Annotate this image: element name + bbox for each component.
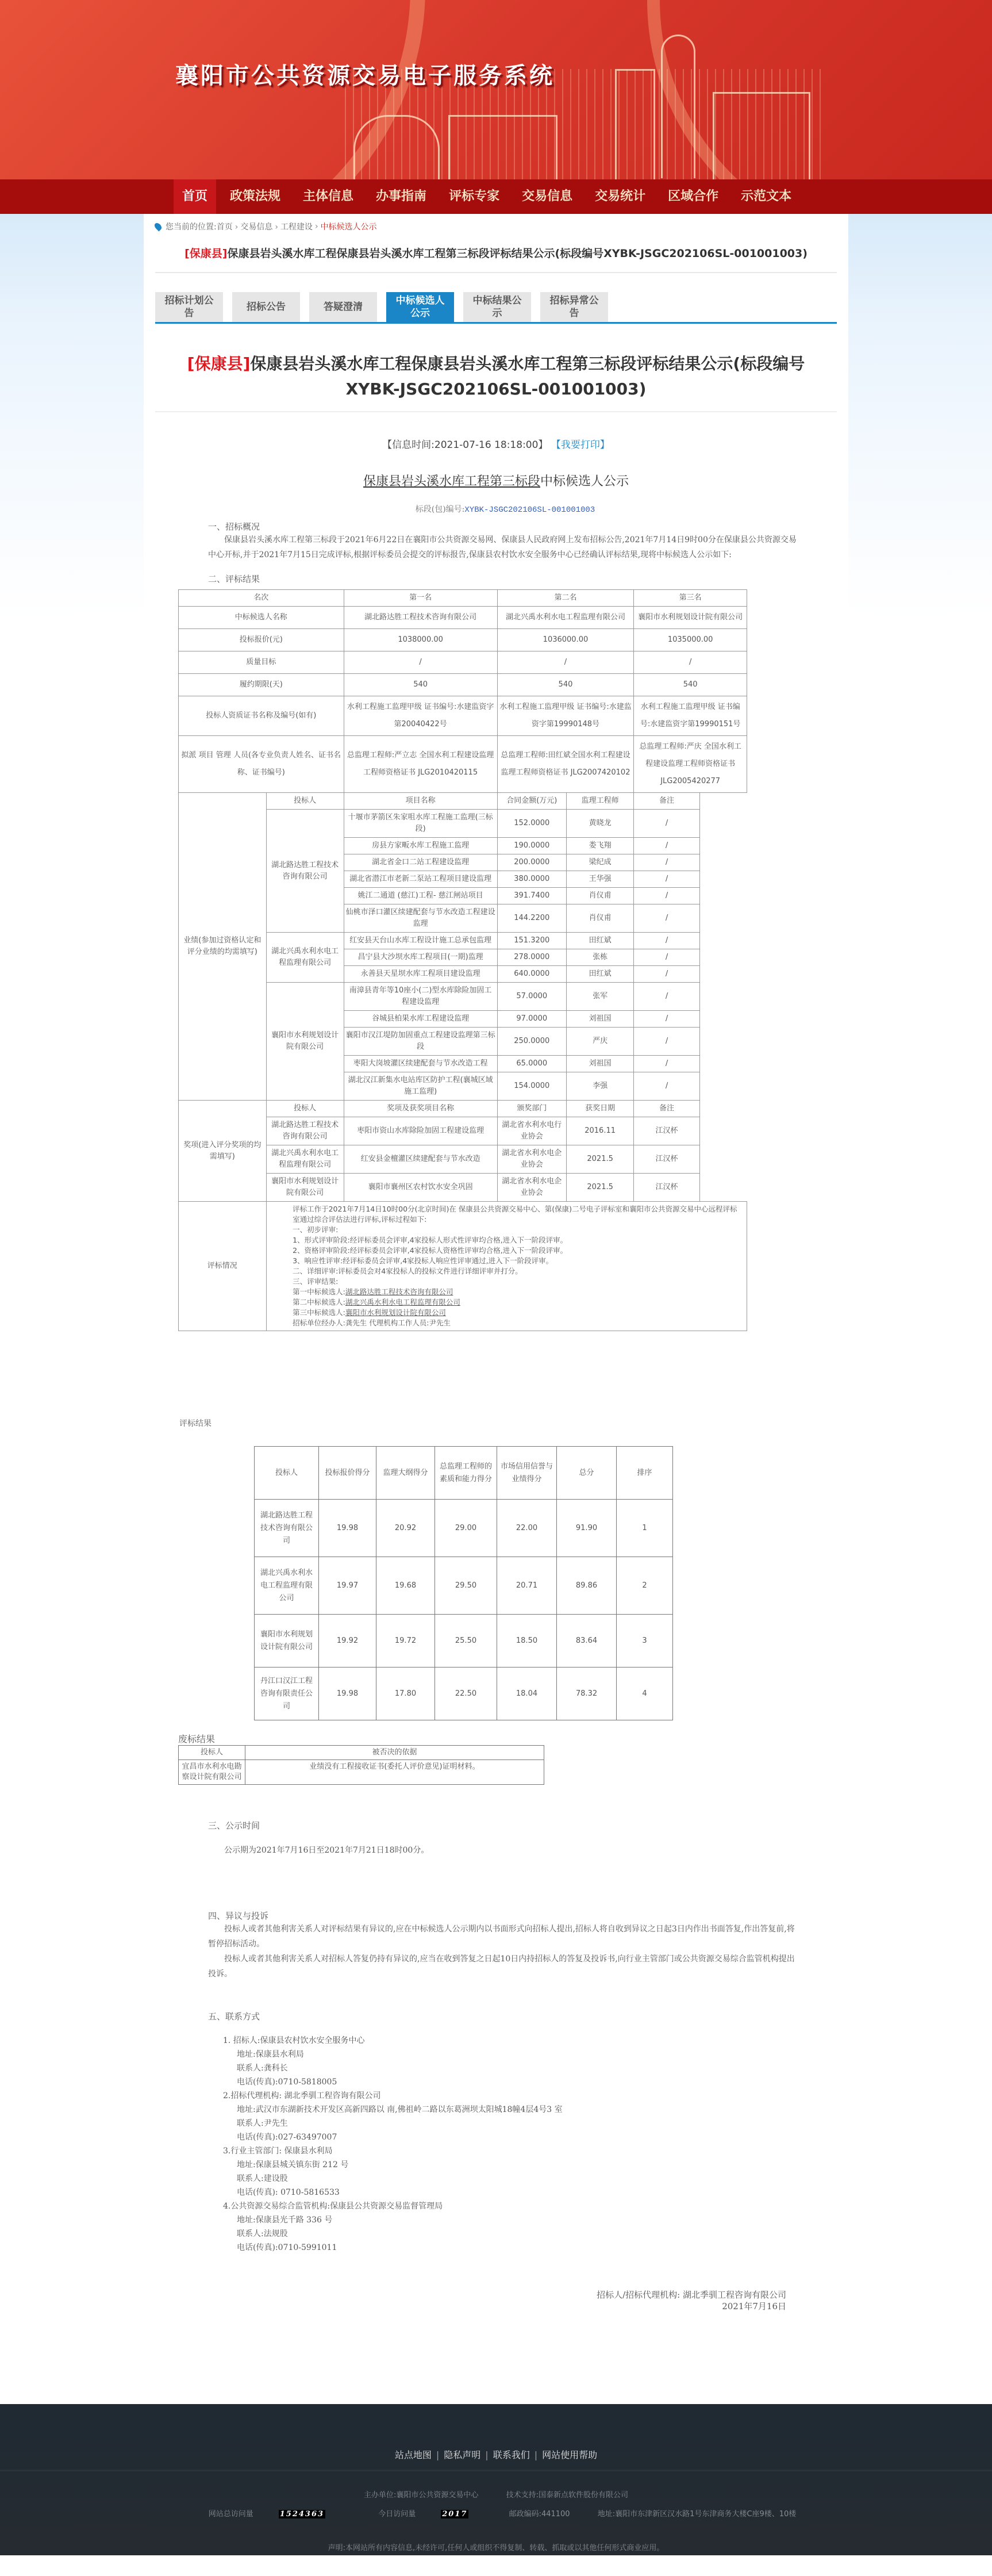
section-heading: 四、异议与投诉 [208, 1910, 802, 1922]
score-cell: 89.86 [557, 1557, 617, 1615]
evaluation-signers: 招标单位经办人:龚先生 代理机构工作人员:尹先生 [271, 1318, 742, 1328]
table-row: 业绩(参加过资格认定和评分业绩的均需填写)投标人项目名称合同金额(万元)监理工程… [179, 793, 747, 810]
contract-amount: 380.0000 [497, 871, 566, 888]
footer-link[interactable]: 联系我们 [489, 2449, 535, 2460]
footer-link[interactable]: 网站使用帮助 [537, 2449, 602, 2460]
footer-declaration: 声明:本网站所有内容信息,未经许可,任何人或组织不得复制、转载、抓取或以其他任何… [0, 2541, 992, 2552]
contact-heading: 1. 招标人:保康县农村饮水安全服务中心 [208, 2034, 802, 2048]
candidate-label: 第二中标候选人: [293, 1298, 345, 1306]
contract-amount: 57.0000 [497, 983, 566, 1011]
location-pin-icon [153, 222, 163, 232]
signature-date: 2021年7月16日 [208, 2301, 786, 2312]
note: / [634, 949, 699, 966]
evaluation-line: 三、评审结果: [271, 1276, 742, 1287]
score-cell: 20.71 [497, 1557, 557, 1615]
contact-line: 地址:保康县水利局 [208, 2048, 802, 2061]
contact-line: 电话(传真): 0710-5816533 [208, 2186, 802, 2199]
table-row: 湖北兴禹水利水电工程监理有限公司19.9719.6829.5020.7189.8… [255, 1557, 673, 1615]
page-title: [保康县]保康县岩头溪水库工程保康县岩头溪水库工程第三标段评标结果公示(标段编号… [155, 245, 837, 273]
score-cell: 19.97 [319, 1557, 376, 1615]
table-row: 拟派 项目 管理 人员(各专业负责人姓名、证书名称、证书编号)总监理工程师:严立… [179, 736, 747, 793]
contract-amount: 640.0000 [497, 966, 566, 983]
score-cell: 19.92 [319, 1615, 376, 1667]
contract-amount: 391.7400 [497, 888, 566, 904]
tab-1[interactable]: 招标公告 [232, 292, 300, 322]
note: / [634, 871, 699, 888]
table-cell: 2016.11 [566, 1117, 633, 1145]
breadcrumb-item[interactable]: 交易信息 [240, 223, 272, 232]
chevron-right-icon: › [275, 223, 278, 232]
bidder-cell: 襄阳市水利规划设计院有限公司 [266, 983, 344, 1101]
table-cell: 湖北省水利水电企业协会 [497, 1174, 566, 1202]
table-header: 第一名 [344, 590, 497, 607]
breadcrumb-item[interactable]: 工程建设 [280, 223, 313, 232]
rejected-table: 投标人被否决的依据宜昌市水利水电勘察设计院有限公司业绩没有工程接收证书(委托人评… [178, 1745, 544, 1785]
contact-heading: 3.行业主管部门: 保康县水利局 [208, 2144, 802, 2158]
footer-postcode: 邮政编码:441100 [509, 2510, 570, 2518]
project-name: 昌宁县大沙坝水库工程项目(一期)监理 [344, 949, 497, 966]
row-label: 中标候选人名称 [179, 607, 344, 629]
today-visits-counter: 2017 [441, 2510, 468, 2518]
footer-address: 地址:襄阳市东津新区汉水路1号东津商务大楼C座9楼、10楼 [598, 2510, 797, 2518]
row-label: 拟派 项目 管理 人员(各专业负责人姓名、证书名称、证书编号) [179, 736, 344, 793]
project-name: 谷城县柏果水库工程建设监理 [344, 1011, 497, 1028]
site-title: 襄阳市公共资源交易电子服务系统 [175, 57, 555, 90]
region-tag: [保康县] [187, 354, 251, 373]
evaluation-intro: 评标工作于2021年7月14日10时00分(北京时间)在 保康县公共资源交易中心… [271, 1204, 742, 1225]
print-link[interactable]: 【我要打印】 [551, 439, 610, 451]
score-cell: 29.00 [435, 1500, 497, 1557]
engineer: 田红斌 [566, 966, 633, 983]
table-row: 丹江口汉江工程咨询有限责任公司19.9817.8022.5018.0478.32… [255, 1667, 673, 1720]
contract-amount: 65.0000 [497, 1056, 566, 1072]
project-name: 房县方家畈水库工程施工监理 [344, 838, 497, 854]
candidate-label: 第三中标候选人: [293, 1308, 345, 1317]
candidate-label: 第一中标候选人: [293, 1287, 345, 1296]
footer: 站点地图|隐私声明|联系我们|网站使用帮助 主办单位:襄阳市公共资源交易中心 技… [0, 2404, 992, 2555]
contact-line: 联系人:龚科长 [208, 2061, 802, 2075]
table-row: 投标人被否决的依据 [179, 1746, 544, 1760]
table-cell: 水利工程施工监理甲级 证书编号:水建监资字第20040422号 [344, 696, 497, 736]
score-cell: 25.50 [435, 1615, 497, 1667]
score-cell: 83.64 [557, 1615, 617, 1667]
table-cell: 江汉杯 [634, 1174, 699, 1202]
banner-building [615, 69, 655, 179]
table-cell: 水利工程施工监理甲级 证书编号:水建监资字第19990148号 [497, 696, 634, 736]
row-label: 业绩(参加过资格认定和评分业绩的均需填写) [179, 793, 267, 1101]
table-header: 投标报价得分 [319, 1447, 376, 1500]
project-name: 南漳县青年等10座小(二)型水库除险加固工程建设监理 [344, 983, 497, 1011]
table-header: 备注 [634, 793, 699, 810]
table-header: 奖项及获奖项目名称 [344, 1101, 497, 1117]
row-label: 质量目标 [179, 651, 344, 674]
nav-item[interactable]: 评标专家 [440, 179, 508, 214]
nav-item[interactable]: 交易统计 [586, 179, 654, 214]
table-cell: 1036000.00 [497, 629, 634, 651]
section-heading: 三、公示时间 [208, 1819, 802, 1831]
nav-item[interactable]: 区域合作 [659, 179, 727, 214]
engineer: 李强 [566, 1072, 633, 1101]
footer-support: 技术支持:国泰新点软件股份有限公司 [506, 2491, 628, 2500]
project-name: 红安县天台山水库工程设计施工总承包监理 [344, 933, 497, 949]
page-body: 您当前的位置: 首页›交易信息›工程建设 › 中标候选人公示 [保康县]保康县岩… [0, 214, 992, 2404]
total-visits-counter: 1524363 [279, 2510, 325, 2518]
table-cell: / [497, 651, 634, 674]
chevron-right-icon: › [235, 223, 239, 232]
bidder-cell: 湖北路达胜工程技术咨询有限公司 [255, 1500, 319, 1557]
tab-4[interactable]: 中标结果公示 [463, 292, 531, 322]
nav-item[interactable]: 办事指南 [367, 179, 435, 214]
region-tag: [保康县] [184, 247, 227, 260]
project-name: 仙桃市泽口灌区续建配套与节水改造工程建设监理 [344, 904, 497, 933]
bidder-cell: 湖北路达胜工程技术咨询有限公司 [266, 810, 344, 933]
engineer: 肖仪甫 [566, 904, 633, 933]
contact-line: 联系人:法规股 [208, 2227, 802, 2241]
project-name: 湖北省金口二站工程建设监理 [344, 854, 497, 871]
rejected-table-label: 废标结果 [178, 1732, 802, 1745]
signature-org: 招标人/招标代理机构: 湖北季驯工程咨询有限公司 [208, 2289, 786, 2301]
table-cell: 2021.5 [566, 1145, 633, 1174]
engineer: 严庆 [566, 1028, 633, 1056]
contract-amount: 250.0000 [497, 1028, 566, 1056]
publicity-text: 公示期为2021年7月16日至2021年7月21日18时00分。 [208, 1843, 802, 1858]
table-row: 湖北路达胜工程技术咨询有限公司19.9820.9229.0022.0091.90… [255, 1500, 673, 1557]
content-container: 您当前的位置: 首页›交易信息›工程建设 › 中标候选人公示 [保康县]保康县岩… [144, 214, 848, 2404]
engineer: 梁纪成 [566, 854, 633, 871]
note: / [634, 854, 699, 871]
note: / [634, 983, 699, 1011]
contract-amount: 151.3200 [497, 933, 566, 949]
engineer: 娄飞翔 [566, 838, 633, 854]
contact-line: 电话(传真):0710-5818005 [208, 2075, 802, 2089]
project-name: 襄阳市汉江堤防加固重点工程建设监理第三标段 [344, 1028, 497, 1056]
contract-amount: 97.0000 [497, 1011, 566, 1028]
footer-link[interactable]: 站点地图 [390, 2449, 436, 2460]
table-cell: 2021.5 [566, 1174, 633, 1202]
engineer: 肖仪甫 [566, 888, 633, 904]
score-cell: 19.98 [319, 1500, 376, 1557]
table-cell: 总监理工程师:田红斌全国水利工程建设监理工程师资格证书 JLG200742010… [497, 736, 634, 793]
table-header: 投标人 [179, 1746, 245, 1760]
section-code-value: XYBK-JSGC202106SL-001001003 [464, 505, 595, 515]
table-cell: 枣阳市资山水库除险加固工程建设监理 [344, 1117, 497, 1145]
table-header: 监理大纲得分 [376, 1447, 435, 1500]
nav-item[interactable]: 示范文本 [732, 179, 800, 214]
section-heading: 一、招标概况 [208, 520, 802, 532]
footer-host: 主办单位:襄阳市公共资源交易中心 [364, 2491, 478, 2500]
breadcrumb: 您当前的位置: 首页›交易信息›工程建设 › 中标候选人公示 [155, 221, 837, 232]
engineer: 王华强 [566, 871, 633, 888]
table-row: 名次第一名第二名第三名 [179, 590, 747, 607]
table-header: 被否决的依据 [245, 1746, 544, 1760]
table-header: 备注 [634, 1101, 699, 1117]
table-cell: / [344, 651, 497, 674]
article-title: [保康县]保康县岩头溪水库工程保康县岩头溪水库工程第三标段评标结果公示(标段编号… [155, 351, 837, 412]
table-cell: 襄阳市水利规划设计院有限公司 [266, 1174, 344, 1202]
table-row: 质量目标/// [179, 651, 747, 674]
score-cell: 4 [617, 1667, 673, 1720]
table-row: 宜昌市水利水电勘察设计院有限公司业绩没有工程接收证书(委托人评价意见)证明材料。 [179, 1760, 544, 1785]
banner-statue [661, 34, 695, 178]
table-cell: 540 [497, 674, 634, 696]
row-label: 奖项(进入评分奖项的均需填写) [179, 1101, 267, 1202]
nav-item[interactable]: 政策法规 [221, 179, 289, 214]
table-cell: 湖北路达胜工程技术咨询有限公司 [344, 607, 497, 629]
table-header: 名次 [179, 590, 344, 607]
contact-list: 1. 招标人:保康县农村饮水安全服务中心地址:保康县水利局联系人:龚科长电话(传… [208, 2034, 802, 2255]
table-row: 评标情况评标工作于2021年7月14日10时00分(北京时间)在 保康县公共资源… [179, 1202, 747, 1331]
note: / [634, 810, 699, 838]
table-cell: 总监理工程师:严庆 全国水利工程建设监理工程师资格证书 JLG200542027… [634, 736, 747, 793]
candidate-result-table: 名次第一名第二名第三名中标候选人名称湖北路达胜工程技术咨询有限公司湖北兴禹水利水… [178, 589, 747, 1331]
project-name: 湖北省潜江市老新二泵站工程项目建设监理 [344, 871, 497, 888]
score-cell: 1 [617, 1500, 673, 1557]
table-header: 监理工程师 [566, 793, 633, 810]
breadcrumb-prefix: 您当前的位置: [166, 221, 217, 232]
table-header: 市场信用信誉与业绩得分 [497, 1447, 557, 1500]
candidate-line: 第三中标候选人:襄阳市水利规划设计院有限公司 [271, 1308, 742, 1318]
contact-line: 电话(传真):027-63497007 [208, 2130, 802, 2144]
tab-0[interactable]: 招标计划公告 [155, 292, 223, 322]
section-heading: 五、联系方式 [208, 2010, 802, 2022]
section-heading: 二、评标结果 [208, 573, 802, 585]
breadcrumb-current[interactable]: 中标候选人公示 [321, 221, 377, 232]
score-table-label: 评标结果 [179, 1417, 802, 1429]
row-label: 投标人资质证书名称及编号(如有) [179, 696, 344, 736]
note: / [634, 966, 699, 983]
engineer: 刘祖国 [566, 1011, 633, 1028]
table-cell: 红安县金檀灌区续建配套与节水改造 [344, 1145, 497, 1174]
candidate-line: 第二中标候选人:湖北兴禹水利水电工程监理有限公司 [271, 1297, 742, 1308]
candidate-name: 湖北路达胜工程技术咨询有限公司 [345, 1287, 453, 1296]
project-name: 湖北汉江新集水电站库区防护工程(襄城区域施工监理) [344, 1072, 497, 1101]
engineer: 田红斌 [566, 933, 633, 949]
candidate-name: 湖北兴禹水利水电工程监理有限公司 [345, 1298, 460, 1306]
table-cell: 湖北兴禹水利水电工程监理有限公司 [266, 1145, 344, 1174]
nav-item[interactable]: 主体信息 [294, 179, 362, 214]
table-header: 获奖日期 [566, 1101, 633, 1117]
breadcrumb-item[interactable]: 首页 [217, 223, 233, 232]
table-row: 襄阳市水利规划设计院有限公司19.9219.7225.5018.5083.643 [255, 1615, 673, 1667]
note: / [634, 1011, 699, 1028]
table-header: 投标人 [266, 1101, 344, 1117]
note: / [634, 1072, 699, 1101]
contract-amount: 154.0000 [497, 1072, 566, 1101]
table-row: 奖项(进入评分奖项的均需填写)投标人奖项及获奖项目名称颁奖部门获奖日期备注 [179, 1101, 747, 1117]
notice-title: 保康县岩头溪水库工程第三标段中标候选人公示 [155, 471, 837, 489]
table-cell: 540 [634, 674, 747, 696]
table-cell: 湖北省水利水电企业协会 [497, 1145, 566, 1174]
contract-amount: 190.0000 [497, 838, 566, 854]
engineer: 张栋 [566, 949, 633, 966]
table-row: 投标人投标报价得分监理大纲得分总监理工程师的素质和能力得分市场信用信誉与业绩得分… [255, 1447, 673, 1500]
contract-amount: 144.2200 [497, 904, 566, 933]
note: / [634, 1028, 699, 1056]
evaluation-line: 二、详细评审:评标委员会对4家投标人的投标文件进行详细评审并打分。 [271, 1266, 742, 1276]
table-cell: 湖北兴禹水利水电工程监理有限公司 [497, 607, 634, 629]
contact-heading: 4.公共资源交易综合监管机构:保康县公共资源交易监督管理局 [208, 2199, 802, 2213]
tab-3[interactable]: 中标候选人公示 [386, 292, 454, 322]
divider: | [485, 2449, 488, 2460]
table-cell: / [634, 651, 747, 674]
score-table: 投标人投标报价得分监理大纲得分总监理工程师的素质和能力得分市场信用信誉与业绩得分… [254, 1446, 673, 1720]
main-nav: 首页政策法规主体信息办事指南评标专家交易信息交易统计区域合作示范文本 [0, 179, 992, 214]
table-cell: 业绩没有工程接收证书(委托人评价意见)证明材料。 [245, 1760, 544, 1785]
contract-amount: 278.0000 [497, 949, 566, 966]
engineer: 张军 [566, 983, 633, 1011]
objection-paragraph: 投标人或者其他利害关系人对评标结果有异议的,应在中标候选人公示期内以书面形式向招… [208, 1922, 802, 1952]
note: / [634, 888, 699, 904]
contact-line: 地址:武汉市东湖新技术开发区高新四路以 南,佛祖岭二路以东葛洲坝太阳城18幢4层… [208, 2103, 802, 2117]
page-title-text: 保康县岩头溪水库工程保康县岩头溪水库工程第三标段评标结果公示(标段编号XYBK-… [227, 247, 808, 260]
score-cell: 22.00 [497, 1500, 557, 1557]
score-cell: 3 [617, 1615, 673, 1667]
evaluation-line: 3、响应性评审:经评标委员会评审,4家投标人响应性评审通过,进入下一阶段评审。 [271, 1256, 742, 1266]
score-cell: 18.04 [497, 1667, 557, 1720]
contract-amount: 200.0000 [497, 854, 566, 871]
evaluation-line: 一、初步评审: [271, 1225, 742, 1235]
article-meta: 【信息时间:2021-07-16 18:18:00】 【我要打印】 [155, 436, 837, 451]
table-header: 第二名 [497, 590, 634, 607]
score-cell: 2 [617, 1557, 673, 1615]
contact-line: 电话(传真):0710-5991011 [208, 2241, 802, 2255]
table-header: 颁奖部门 [497, 1101, 566, 1117]
note: / [634, 838, 699, 854]
evaluation-text: 评标工作于2021年7月14日10时00分(北京时间)在 保康县公共资源交易中心… [266, 1202, 747, 1331]
evaluation-line: 1、形式评审阶段:经评标委员会评审,4家投标人形式性评审均合格,进入下一阶段评审… [271, 1235, 742, 1245]
info-time: 2021-07-16 18:18:00】 [435, 439, 548, 451]
section-code: 标段(包)编号:XYBK-JSGC202106SL-001001003 [208, 503, 802, 515]
table-cell: 江汉杯 [634, 1145, 699, 1174]
table-row: 投标人资质证书名称及编号(如有)水利工程施工监理甲级 证书编号:水建监资字第20… [179, 696, 747, 736]
note: / [634, 1056, 699, 1072]
table-cell: 540 [344, 674, 497, 696]
total-visits-label: 网站总访问量 [209, 2510, 253, 2518]
article-title-text: 保康县岩头溪水库工程保康县岩头溪水库工程第三标段评标结果公示(标段编号XYBK-… [250, 354, 805, 398]
score-cell: 17.80 [376, 1667, 435, 1720]
note: / [634, 904, 699, 933]
evaluation-line: 2、资格评审阶段:经评标委员会评审,4家投标人资格性评审均合格,进入下一阶段评审… [271, 1245, 742, 1256]
notice-document: 标段(包)编号:XYBK-JSGC202106SL-001001003 一、招标… [155, 503, 837, 2312]
score-cell: 18.50 [497, 1615, 557, 1667]
engineer: 刘祖国 [566, 1056, 633, 1072]
bidder-cell: 湖北兴禹水利水电工程监理有限公司 [255, 1557, 319, 1615]
footer-link[interactable]: 隐私声明 [439, 2449, 485, 2460]
nav-item[interactable]: 首页 [174, 179, 216, 214]
table-cell: 水利工程施工监理甲级 证书编号:水建监资字第19990151号 [634, 696, 747, 736]
footer-links: 站点地图|隐私声明|联系我们|网站使用帮助 [0, 2404, 992, 2471]
today-visits-label: 今日访问量 [378, 2510, 416, 2518]
score-cell: 22.50 [435, 1667, 497, 1720]
table-header: 总分 [557, 1447, 617, 1500]
table-header: 第三名 [634, 590, 747, 607]
table-header: 总监理工程师的素质和能力得分 [435, 1447, 497, 1500]
table-cell: 湖北省水利水电行业协会 [497, 1117, 566, 1145]
contact-line: 联系人:尹先生 [208, 2117, 802, 2130]
notice-title-rest: 中标候选人公示 [540, 474, 629, 489]
score-cell: 78.32 [557, 1667, 617, 1720]
row-label: 评标情况 [179, 1202, 267, 1331]
table-cell: 湖北路达胜工程技术咨询有限公司 [266, 1117, 344, 1145]
candidate-name: 襄阳市水利规划设计院有限公司 [345, 1308, 446, 1317]
table-header: 项目名称 [344, 793, 497, 810]
project-name: 永善县天星坝水库工程项目建设监理 [344, 966, 497, 983]
score-cell: 19.72 [376, 1615, 435, 1667]
table-cell: 宜昌市水利水电勘察设计院有限公司 [179, 1760, 245, 1785]
contact-heading: 2.招标代理机构: 湖北季驯工程咨询有限公司 [208, 2089, 802, 2103]
table-row: 投标报价(元)1038000.001036000.001035000.00 [179, 629, 747, 651]
candidate-line: 第一中标候选人:湖北路达胜工程技术咨询有限公司 [271, 1287, 742, 1297]
info-time-label: 【信息时间: [382, 439, 435, 451]
bidder-cell: 湖北兴禹水利水电工程监理有限公司 [266, 933, 344, 983]
notice-title-project: 保康县岩头溪水库工程第三标段 [363, 474, 540, 489]
score-cell: 29.50 [435, 1557, 497, 1615]
table-cell: 江汉杯 [634, 1117, 699, 1145]
project-name: 枣阳大岗坡灌区续建配套与节水改造工程 [344, 1056, 497, 1072]
overview-paragraph: 保康县岩头溪水库工程第三标段于2021年6月22日在襄阳市公共资源交易网、保康县… [208, 532, 802, 562]
table-header: 排序 [617, 1447, 673, 1500]
contact-line: 地址:保康县光千路 336 号 [208, 2213, 802, 2227]
footer-info: 主办单位:襄阳市公共资源交易中心 技术支持:国泰新点软件股份有限公司 网站总访问… [0, 2489, 992, 2518]
row-label: 履约期限(天) [179, 674, 344, 696]
banner-gate [713, 92, 810, 179]
banner-building [353, 115, 440, 179]
row-label: 投标报价(元) [179, 629, 344, 651]
contact-line: 地址:保康县城关镇东街 212 号 [208, 2158, 802, 2172]
table-cell: 襄阳市水利规划设计院有限公司 [634, 607, 747, 629]
tab-5[interactable]: 招标异常公告 [540, 292, 608, 322]
tab-2[interactable]: 答疑澄清 [309, 292, 377, 322]
table-cell: 1035000.00 [634, 629, 747, 651]
project-name: 姚江二通道 (慈江)工程- 慈江闸站项目 [344, 888, 497, 904]
score-cell: 19.68 [376, 1557, 435, 1615]
banner-building [448, 115, 557, 179]
signature-block: 招标人/招标代理机构: 湖北季驯工程咨询有限公司 2021年7月16日 [208, 2289, 802, 2312]
table-header: 投标人 [266, 793, 344, 810]
table-cell: 1038000.00 [344, 629, 497, 651]
table-header: 合同金额(万元) [497, 793, 566, 810]
objection-paragraph: 投标人或者其他利害关系人对招标人答复仍持有异议的,应当在收到答复之日起10日内持… [208, 1952, 802, 1981]
score-cell: 91.90 [557, 1500, 617, 1557]
contact-line: 联系人:建设股 [208, 2172, 802, 2186]
table-cell: 襄阳市襄州区农村饮水安全巩固 [344, 1174, 497, 1202]
table-header: 投标人 [255, 1447, 319, 1500]
score-cell: 20.92 [376, 1500, 435, 1557]
table-row: 中标候选人名称湖北路达胜工程技术咨询有限公司湖北兴禹水利水电工程监理有限公司襄阳… [179, 607, 747, 629]
project-name: 十堰市茅箭区朱家咀水库工程施工监理(三标段) [344, 810, 497, 838]
score-cell: 19.98 [319, 1667, 376, 1720]
bidder-cell: 襄阳市水利规划设计院有限公司 [255, 1615, 319, 1667]
nav-item[interactable]: 交易信息 [513, 179, 581, 214]
chevron-right-icon: › [315, 222, 318, 231]
code-label: 标段(包)编号: [416, 505, 465, 514]
header-banner: 襄阳市公共资源交易电子服务系统 [0, 0, 992, 179]
table-cell: 总监理工程师:严立志 全国水利工程建设监理工程师资格证书 JLG20104201… [344, 736, 497, 793]
table-row: 履约期限(天)540540540 [179, 674, 747, 696]
engineer: 黄晓龙 [566, 810, 633, 838]
contract-amount: 152.0000 [497, 810, 566, 838]
notice-tabs: 招标计划公告招标公告答疑澄清中标候选人公示中标结果公示招标异常公告 [155, 292, 837, 324]
note: / [634, 933, 699, 949]
bidder-cell: 丹江口汉江工程咨询有限责任公司 [255, 1667, 319, 1720]
